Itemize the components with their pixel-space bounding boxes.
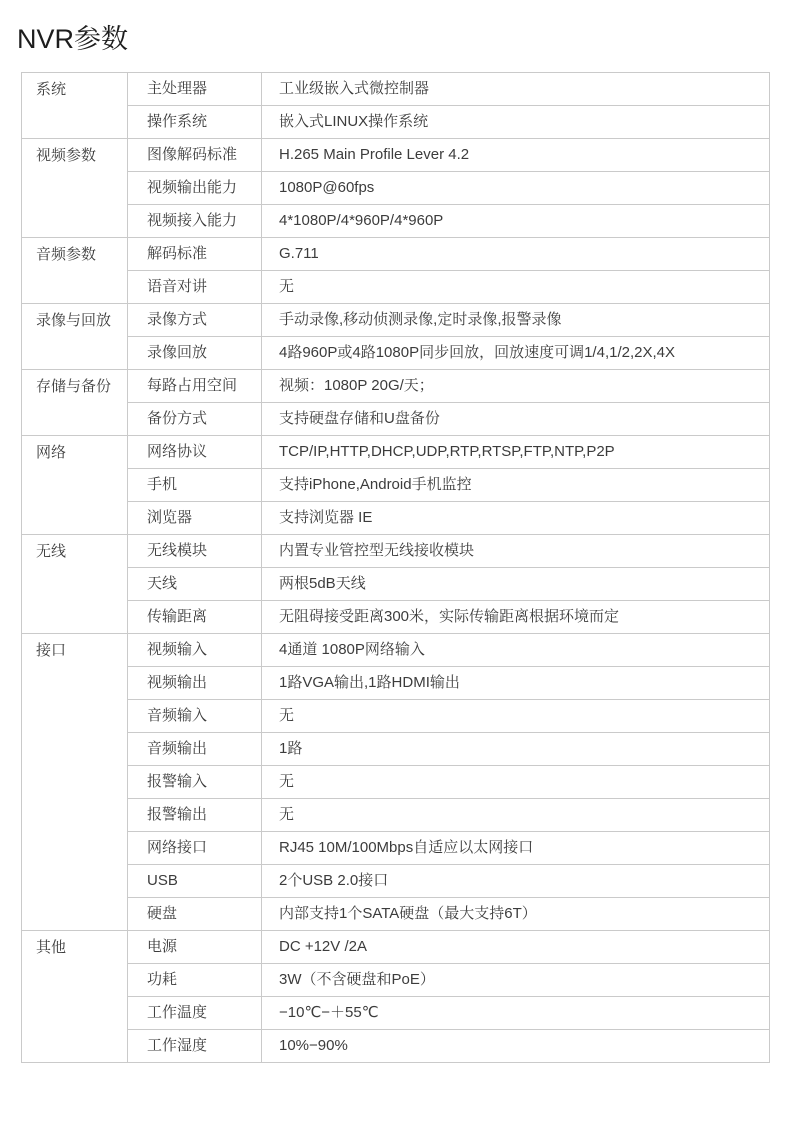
param-cell: 浏览器 — [128, 502, 262, 535]
table-row: 视频参数图像解码标准H.265 Main Profile Lever 4.2 — [22, 139, 770, 172]
table-row: 手机支持iPhone,Android手机监控 — [22, 469, 770, 502]
param-cell: 音频输出 — [128, 733, 262, 766]
value-cell: 1080P@60fps — [262, 172, 770, 205]
param-cell: 视频输出 — [128, 667, 262, 700]
table-row: 视频接入能力4*1080P/4*960P/4*960P — [22, 205, 770, 238]
param-cell: 报警输出 — [128, 799, 262, 832]
value-cell: 4路960P或4路1080P同步回放，回放速度可调1/4,1/2,2X,4X — [262, 337, 770, 370]
value-cell: 支持硬盘存储和U盘备份 — [262, 403, 770, 436]
value-cell: 内部支持1个SATA硬盘（最大支持6T） — [262, 898, 770, 931]
value-cell: −10℃−＋55℃ — [262, 997, 770, 1030]
param-cell: 解码标准 — [128, 238, 262, 271]
table-row: 接口视频输入4通道 1080P网络输入 — [22, 634, 770, 667]
param-cell: 音频输入 — [128, 700, 262, 733]
param-cell: 工作湿度 — [128, 1030, 262, 1063]
param-cell: 主处理器 — [128, 73, 262, 106]
table-row: 网络网络协议TCP/IP,HTTP,DHCP,UDP,RTP,RTSP,FTP,… — [22, 436, 770, 469]
value-cell: 支持iPhone,Android手机监控 — [262, 469, 770, 502]
category-cell: 存储与备份 — [22, 370, 128, 436]
value-cell: 无 — [262, 766, 770, 799]
spec-table: 系统主处理器工业级嵌入式微控制器操作系统嵌入式LINUX操作系统视频参数图像解码… — [21, 72, 770, 1063]
category-cell: 网络 — [22, 436, 128, 535]
value-cell: TCP/IP,HTTP,DHCP,UDP,RTP,RTSP,FTP,NTP,P2… — [262, 436, 770, 469]
value-cell: 无阻碍接受距离300米，实际传输距离根据环境而定 — [262, 601, 770, 634]
value-cell: 支持浏览器 IE — [262, 502, 770, 535]
table-row: 系统主处理器工业级嵌入式微控制器 — [22, 73, 770, 106]
value-cell: 视频：1080P 20G/天； — [262, 370, 770, 403]
value-cell: G.711 — [262, 238, 770, 271]
category-cell: 其他 — [22, 931, 128, 1063]
value-cell: 无 — [262, 700, 770, 733]
table-row: 音频输入无 — [22, 700, 770, 733]
category-cell: 录像与回放 — [22, 304, 128, 370]
spec-table-body: 系统主处理器工业级嵌入式微控制器操作系统嵌入式LINUX操作系统视频参数图像解码… — [22, 73, 770, 1063]
param-cell: USB — [128, 865, 262, 898]
value-cell: 两根5dB天线 — [262, 568, 770, 601]
table-row: 传输距离无阻碍接受距离300米，实际传输距离根据环境而定 — [22, 601, 770, 634]
param-cell: 网络接口 — [128, 832, 262, 865]
param-cell: 视频输入 — [128, 634, 262, 667]
table-row: 录像回放4路960P或4路1080P同步回放，回放速度可调1/4,1/2,2X,… — [22, 337, 770, 370]
param-cell: 视频输出能力 — [128, 172, 262, 205]
table-row: 视频输出1路VGA输出,1路HDMI输出 — [22, 667, 770, 700]
table-row: 浏览器支持浏览器 IE — [22, 502, 770, 535]
table-row: 备份方式支持硬盘存储和U盘备份 — [22, 403, 770, 436]
table-row: 工作湿度10%−90% — [22, 1030, 770, 1063]
value-cell: 4*1080P/4*960P/4*960P — [262, 205, 770, 238]
table-row: 网络接口RJ45 10M/100Mbps自适应以太网接口 — [22, 832, 770, 865]
param-cell: 网络协议 — [128, 436, 262, 469]
table-row: 音频参数解码标准G.711 — [22, 238, 770, 271]
value-cell: 无 — [262, 799, 770, 832]
value-cell: 手动录像,移动侦测录像,定时录像,报警录像 — [262, 304, 770, 337]
value-cell: H.265 Main Profile Lever 4.2 — [262, 139, 770, 172]
param-cell: 图像解码标准 — [128, 139, 262, 172]
value-cell: DC +12V /2A — [262, 931, 770, 964]
param-cell: 传输距离 — [128, 601, 262, 634]
table-row: 视频输出能力1080P@60fps — [22, 172, 770, 205]
param-cell: 天线 — [128, 568, 262, 601]
value-cell: 内置专业管控型无线接收模块 — [262, 535, 770, 568]
table-row: 报警输入无 — [22, 766, 770, 799]
param-cell: 操作系统 — [128, 106, 262, 139]
param-cell: 录像方式 — [128, 304, 262, 337]
value-cell: 1路VGA输出,1路HDMI输出 — [262, 667, 770, 700]
table-row: 存储与备份每路占用空间视频：1080P 20G/天； — [22, 370, 770, 403]
category-cell: 音频参数 — [22, 238, 128, 304]
param-cell: 硬盘 — [128, 898, 262, 931]
table-row: 无线无线模块内置专业管控型无线接收模块 — [22, 535, 770, 568]
param-cell: 电源 — [128, 931, 262, 964]
param-cell: 无线模块 — [128, 535, 262, 568]
table-row: 录像与回放录像方式手动录像,移动侦测录像,定时录像,报警录像 — [22, 304, 770, 337]
param-cell: 手机 — [128, 469, 262, 502]
category-cell: 视频参数 — [22, 139, 128, 238]
page-title: NVR参数 — [17, 25, 128, 55]
value-cell: 工业级嵌入式微控制器 — [262, 73, 770, 106]
value-cell: 2个USB 2.0接口 — [262, 865, 770, 898]
table-row: 功耗3W（不含硬盘和PoE） — [22, 964, 770, 997]
param-cell: 工作温度 — [128, 997, 262, 1030]
param-cell: 报警输入 — [128, 766, 262, 799]
table-row: 天线两根5dB天线 — [22, 568, 770, 601]
value-cell: 4通道 1080P网络输入 — [262, 634, 770, 667]
category-cell: 接口 — [22, 634, 128, 931]
table-row: 报警输出无 — [22, 799, 770, 832]
category-cell: 无线 — [22, 535, 128, 634]
table-row: 操作系统嵌入式LINUX操作系统 — [22, 106, 770, 139]
param-cell: 录像回放 — [128, 337, 262, 370]
value-cell: 无 — [262, 271, 770, 304]
table-row: 语音对讲无 — [22, 271, 770, 304]
param-cell: 备份方式 — [128, 403, 262, 436]
table-row: 硬盘内部支持1个SATA硬盘（最大支持6T） — [22, 898, 770, 931]
value-cell: 嵌入式LINUX操作系统 — [262, 106, 770, 139]
param-cell: 功耗 — [128, 964, 262, 997]
value-cell: 3W（不含硬盘和PoE） — [262, 964, 770, 997]
table-row: 其他电源DC +12V /2A — [22, 931, 770, 964]
table-row: 工作温度−10℃−＋55℃ — [22, 997, 770, 1030]
param-cell: 视频接入能力 — [128, 205, 262, 238]
param-cell: 语音对讲 — [128, 271, 262, 304]
table-row: 音频输出1路 — [22, 733, 770, 766]
table-row: USB2个USB 2.0接口 — [22, 865, 770, 898]
value-cell: 1路 — [262, 733, 770, 766]
value-cell: 10%−90% — [262, 1030, 770, 1063]
value-cell: RJ45 10M/100Mbps自适应以太网接口 — [262, 832, 770, 865]
category-cell: 系统 — [22, 73, 128, 139]
param-cell: 每路占用空间 — [128, 370, 262, 403]
